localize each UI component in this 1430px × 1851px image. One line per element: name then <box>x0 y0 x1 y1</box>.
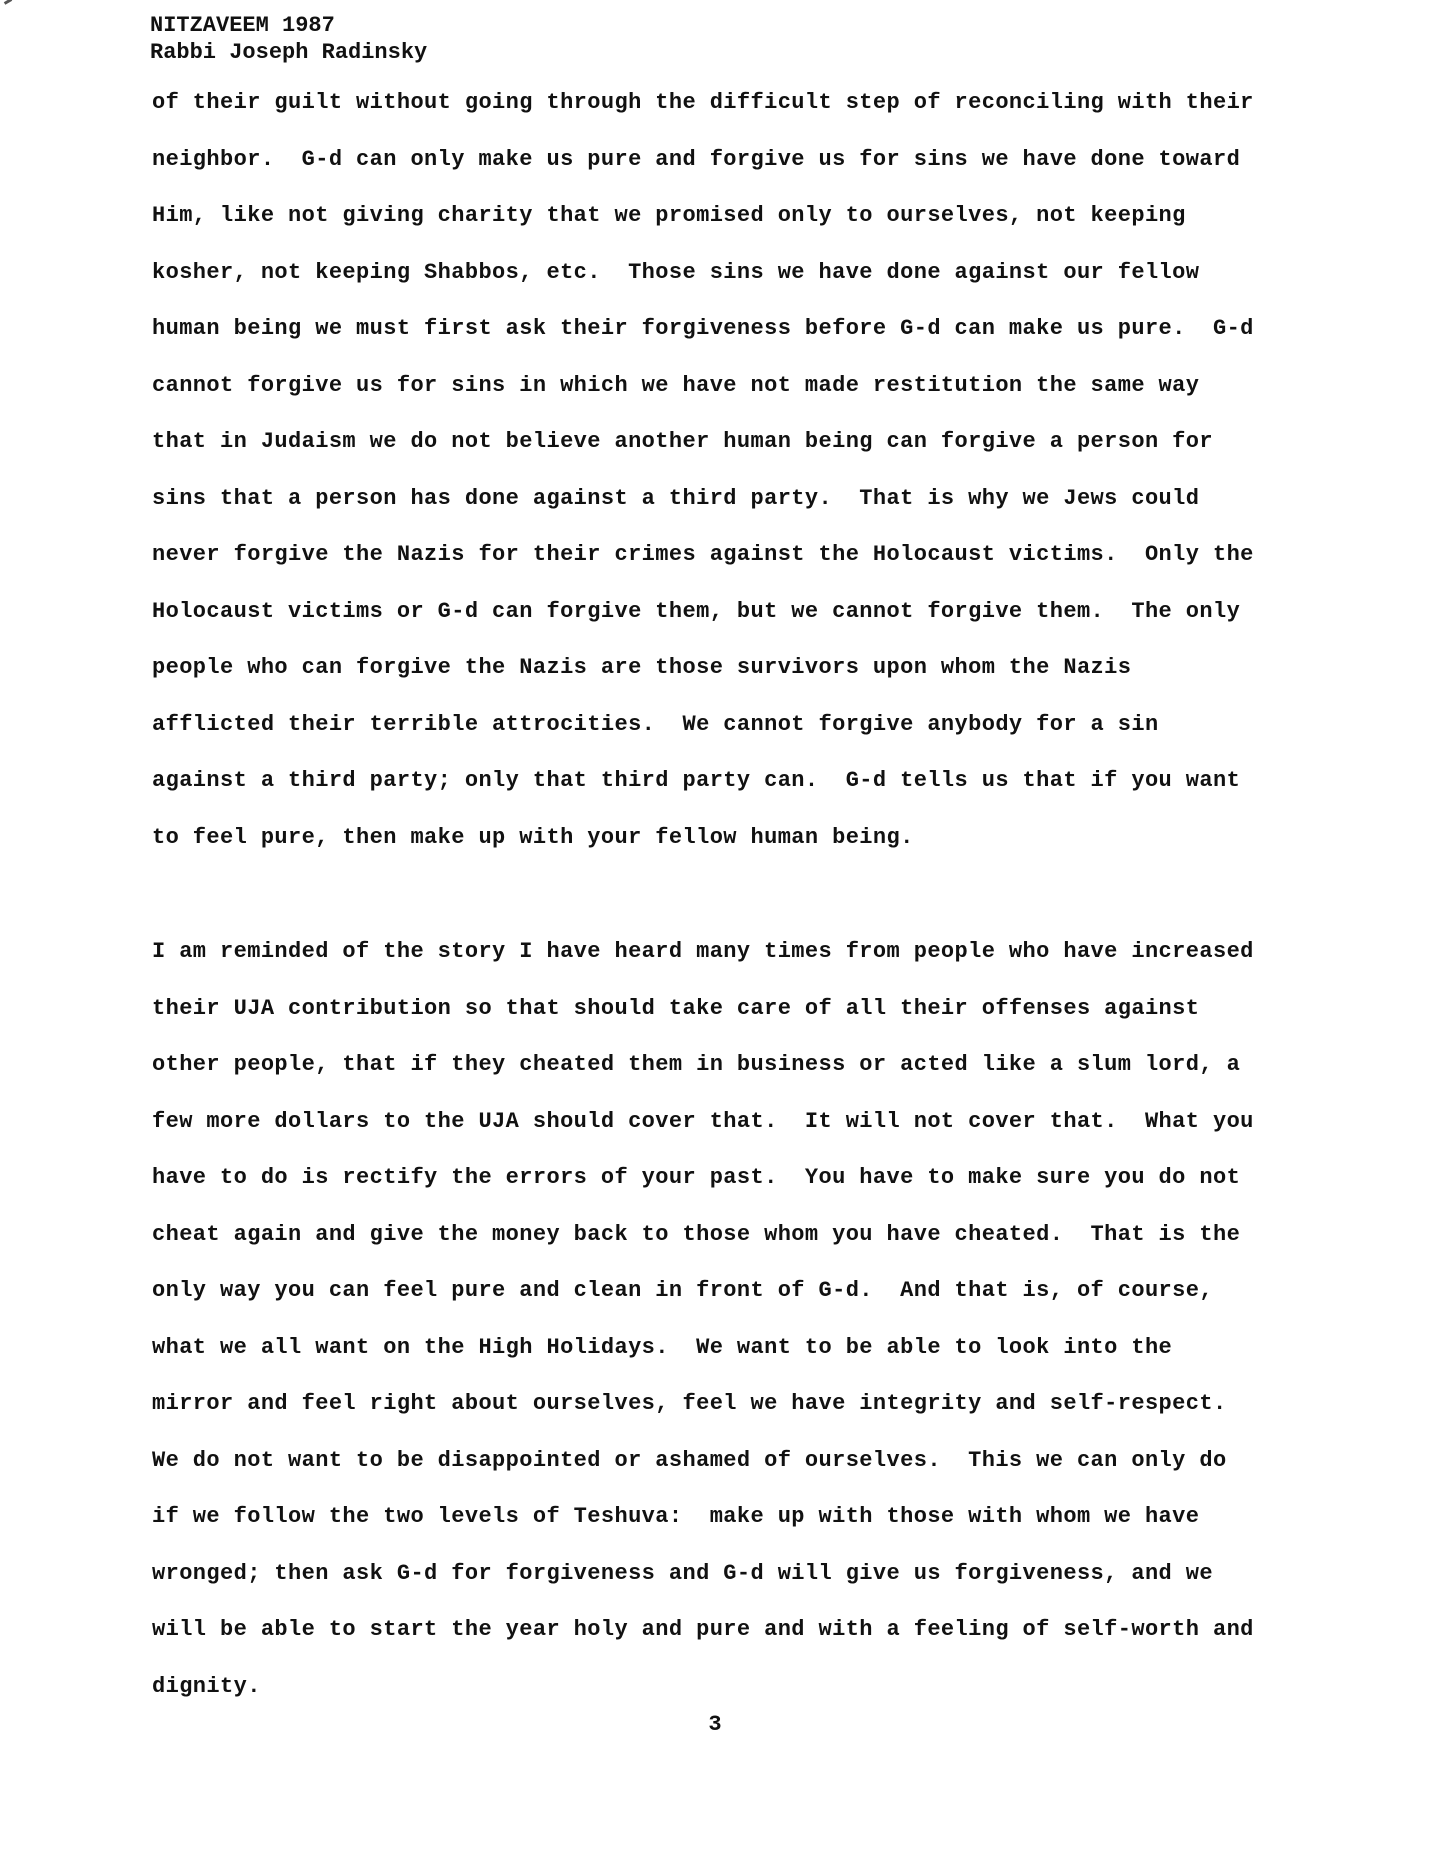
text-line: sins that a person has done against a th… <box>152 484 1254 541</box>
text-line: kosher, not keeping Shabbos, etc. Those … <box>152 258 1254 315</box>
paragraph-1: of their guilt without going through the… <box>152 88 1254 879</box>
scan-mark <box>4 0 12 5</box>
page-number: 3 <box>0 1712 1430 1737</box>
text-line: their UJA contribution so that should ta… <box>152 994 1254 1051</box>
document-header: NITZAVEEM 1987 Rabbi Joseph Radinsky <box>150 12 427 66</box>
paragraph-2: I am reminded of the story I have heard … <box>152 937 1254 1728</box>
text-line: only way you can feel pure and clean in … <box>152 1276 1254 1333</box>
text-line: Holocaust victims or G-d can forgive the… <box>152 597 1254 654</box>
text-line: Him, like not giving charity that we pro… <box>152 201 1254 258</box>
text-line: that in Judaism we do not believe anothe… <box>152 427 1254 484</box>
text-line: people who can forgive the Nazis are tho… <box>152 653 1254 710</box>
document-title: NITZAVEEM 1987 <box>150 12 427 39</box>
text-line: few more dollars to the UJA should cover… <box>152 1107 1254 1164</box>
text-line: I am reminded of the story I have heard … <box>152 937 1254 994</box>
text-line: We do not want to be disappointed or ash… <box>152 1446 1254 1503</box>
text-line: wronged; then ask G-d for forgiveness an… <box>152 1559 1254 1616</box>
text-line: of their guilt without going through the… <box>152 88 1254 145</box>
text-line: human being we must first ask their forg… <box>152 314 1254 371</box>
text-line: afflicted their terrible attrocities. We… <box>152 710 1254 767</box>
text-line: cheat again and give the money back to t… <box>152 1220 1254 1277</box>
text-line: have to do is rectify the errors of your… <box>152 1163 1254 1220</box>
text-line: against a third party; only that third p… <box>152 766 1254 823</box>
text-line: what we all want on the High Holidays. W… <box>152 1333 1254 1390</box>
text-line: to feel pure, then make up with your fel… <box>152 823 1254 880</box>
text-line: if we follow the two levels of Teshuva: … <box>152 1502 1254 1559</box>
text-line: never forgive the Nazis for their crimes… <box>152 540 1254 597</box>
text-line: will be able to start the year holy and … <box>152 1615 1254 1672</box>
document-page: NITZAVEEM 1987 Rabbi Joseph Radinsky of … <box>0 0 1430 1851</box>
text-line: other people, that if they cheated them … <box>152 1050 1254 1107</box>
text-line: mirror and feel right about ourselves, f… <box>152 1389 1254 1446</box>
text-line: neighbor. G-d can only make us pure and … <box>152 145 1254 202</box>
document-author: Rabbi Joseph Radinsky <box>150 39 427 66</box>
text-line: cannot forgive us for sins in which we h… <box>152 371 1254 428</box>
